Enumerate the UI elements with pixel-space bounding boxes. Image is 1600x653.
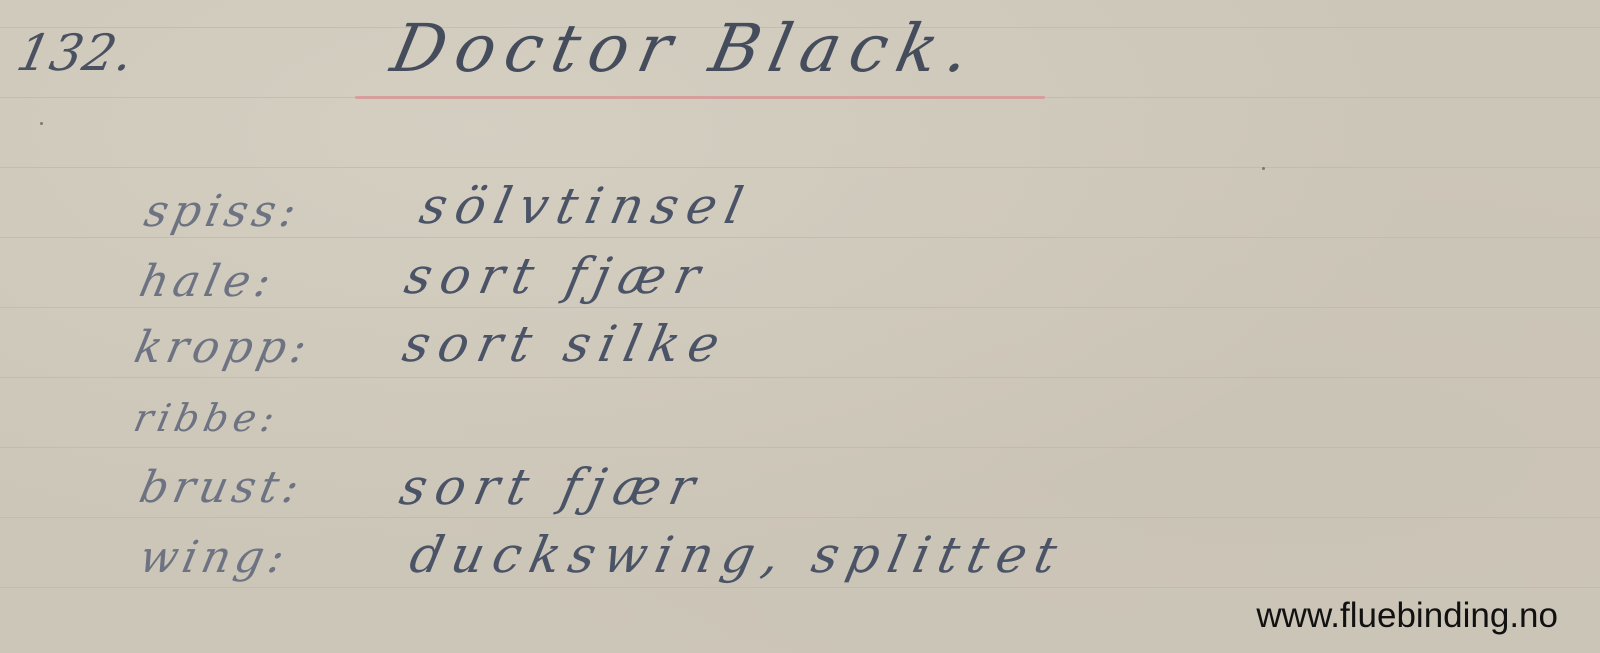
notebook-page: 132. Doctor Black. spiss: sölvtinsel hal… (0, 0, 1600, 653)
ruled-line (0, 587, 1600, 588)
ruled-line (0, 517, 1600, 518)
field-value: sort fjær (400, 247, 714, 305)
field-value: duckswing, splittet (405, 526, 1071, 584)
field-value: sölvtinsel (415, 177, 757, 235)
field-value: sort fjær (395, 458, 709, 516)
site-watermark: www.fluebinding.no (1256, 596, 1558, 636)
field-label: brust: (135, 462, 308, 513)
field-label: spiss: (140, 186, 306, 237)
ruled-line (0, 167, 1600, 168)
ruled-line (0, 307, 1600, 308)
ruled-line (0, 237, 1600, 238)
paper-speck (40, 122, 43, 125)
ruled-line (0, 447, 1600, 448)
title-underline (355, 96, 1045, 99)
field-label: hale: (135, 256, 280, 307)
page-title: Doctor Black. (385, 10, 987, 87)
field-label: wing: (135, 532, 294, 583)
entry-number: 132. (12, 24, 140, 82)
paper-speck (1262, 167, 1265, 170)
field-label: ribbe: (130, 396, 284, 440)
field-label: kropp: (130, 322, 316, 373)
ruled-line (0, 377, 1600, 378)
field-value: sort silke (398, 315, 734, 373)
